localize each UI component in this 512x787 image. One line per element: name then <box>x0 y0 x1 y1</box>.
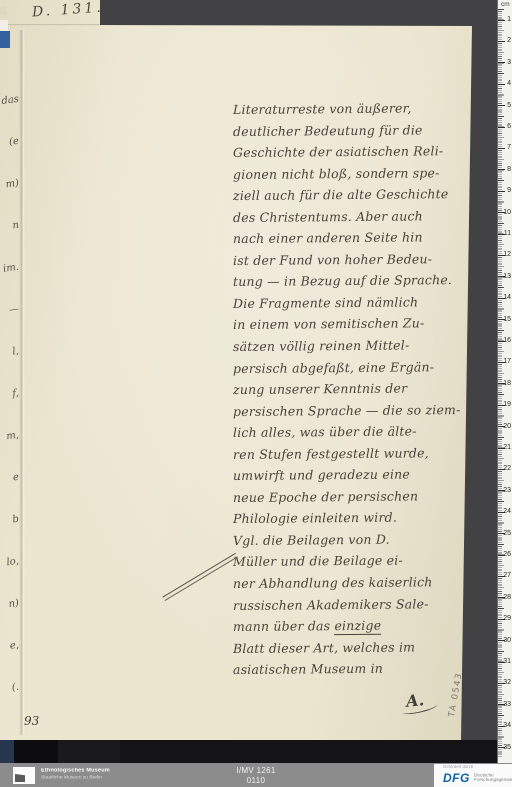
manuscript-line: ner Abhandlung des kaiserlich <box>233 571 471 595</box>
page-top-crease <box>0 24 100 26</box>
margin-slash-mark <box>162 553 237 601</box>
institution-block: Ethnologisches Museum Staatliche Museen … <box>41 768 116 781</box>
left-edge-fragment: — <box>0 304 20 318</box>
institution-name: Ethnologisches Museum <box>41 768 110 774</box>
manuscript-line: russischen Akademikers Sale- <box>233 593 471 617</box>
ruler-cm-number: 21 <box>501 444 511 452</box>
ruler-cm-number: 3 <box>501 59 511 67</box>
ruler-cm-number: 20 <box>501 423 511 431</box>
ruler-cm-number: 1 <box>501 16 511 24</box>
ruler-cm-number: 17 <box>501 358 511 366</box>
left-edge-fragment: (. <box>0 682 20 696</box>
scan-identifiers: I/MV 1261 0110 <box>236 766 275 785</box>
ruler-cm-number: 18 <box>501 380 511 388</box>
manuscript-line: Philologie einleiten wird. <box>233 506 471 530</box>
manuscript-line: Geschichte der asiatischen Reli- <box>233 140 471 164</box>
left-edge-fragment: (e <box>0 136 20 150</box>
dfg-logo: DFG <box>443 771 470 785</box>
manuscript-line: in einem von semitischen Zu- <box>233 312 471 336</box>
manuscript-line: Die Fragmente sind nämlich <box>233 291 471 315</box>
ruler-cm-number: 10 <box>501 209 511 217</box>
ruler-cm-number: 22 <box>501 465 511 473</box>
ruler-cm-number: 25 <box>501 530 511 538</box>
paper-chip <box>0 7 6 15</box>
ruler-cm-number: 6 <box>501 123 511 131</box>
left-edge-fragment: e, <box>0 640 20 654</box>
institution-subtitle: Staatliche Museen zu Berlin <box>41 775 102 780</box>
left-edge-fragment: e <box>0 472 20 486</box>
manuscript-line: umwirft und geradezu eine <box>233 463 471 487</box>
manuscript-line: tung — in Bezug auf die Sprache. <box>233 269 471 293</box>
manuscript-line: ren Stufen festgestellt wurde, <box>233 442 471 466</box>
manuscript-line: ziell auch für die alte Geschichte <box>233 183 471 207</box>
ruler-cm-number: 33 <box>501 701 511 709</box>
museum-logo <box>13 767 35 784</box>
funding-prefix: Gefördert durch <box>443 765 473 769</box>
ruler-cm-number: 23 <box>501 487 511 495</box>
manuscript-line: deutlicher Bedeutung für die <box>233 119 471 143</box>
manuscript-line: ist der Fund von hoher Bedeu- <box>233 248 471 272</box>
manuscript-line: sätzen völlig reinen Mittel- <box>233 334 471 358</box>
manuscript-line: Müller und die Beilage ei- <box>233 549 471 573</box>
archival-annotation: D. 131. <box>32 0 105 20</box>
ruler-cm-number: 12 <box>501 251 511 259</box>
shelfmark: I/MV 1261 <box>236 766 275 776</box>
ruler-cm-number: 28 <box>501 594 511 602</box>
signature-flourish: A. <box>405 690 425 711</box>
ruler-cm-number: 27 <box>501 572 511 580</box>
left-edge-fragment: f, <box>0 388 20 402</box>
manuscript-line: gionen nicht bloß, sondern spe- <box>233 162 471 186</box>
ruler-unit-label: cm <box>501 1 510 8</box>
footer-bar: Ethnologisches Museum Staatliche Museen … <box>0 763 512 787</box>
manuscript-line: mann über das einzige <box>233 614 471 638</box>
manuscript-line: persisch abgefaßt, eine Ergän- <box>233 356 471 380</box>
left-edge-fragment: das <box>0 94 20 108</box>
ruler-cm-number: 35 <box>501 744 511 752</box>
manuscript-line: Blatt dieser Art, welches im <box>233 636 471 660</box>
ruler-cm-number: 31 <box>501 658 511 666</box>
scan-viewport: D. 131. das(em)nim.—l,f,m,eblo,n)e,(. Li… <box>0 0 512 787</box>
ruler-cm-number: 8 <box>501 166 511 174</box>
blue-clip <box>0 31 10 48</box>
museum-logo-mark <box>15 774 25 782</box>
ruler-cm-number: 15 <box>501 316 511 324</box>
manuscript-line: nach einer anderen Seite hin <box>233 226 471 250</box>
ruler-cm-number: 19 <box>501 401 511 409</box>
ruler-cm-number: 13 <box>501 273 511 281</box>
left-edge-fragment: n <box>0 220 20 234</box>
ruler-cm-number: 14 <box>501 294 511 302</box>
ruler-cm-number: 32 <box>501 679 511 687</box>
left-edge-fragment: m, <box>0 430 20 444</box>
manuscript-text: Literaturreste von äußerer,deutlicher Be… <box>233 98 471 680</box>
ruler-cm-number: 2 <box>501 37 511 45</box>
image-number: 0110 <box>236 776 275 786</box>
ruler-cm-number: 16 <box>501 337 511 345</box>
page-gutter-crease <box>19 30 25 735</box>
ruler: cm 1234567891011121314151617181920212223… <box>497 0 512 765</box>
left-edge-fragment: b <box>0 514 20 528</box>
dfg-name: Deutsche Forschungsgemeinschaft <box>474 773 512 782</box>
left-edge-fragment: im. <box>0 262 20 276</box>
ruler-cm-number: 26 <box>501 551 511 559</box>
manuscript-line: des Christentums. Aber auch <box>233 205 471 229</box>
left-edge-fragment: n) <box>0 598 20 612</box>
ruler-cm-number: 5 <box>501 102 511 110</box>
ruler-cm-number: 30 <box>501 637 511 645</box>
left-edge-fragment: m) <box>0 178 20 192</box>
page-number: 93 <box>24 714 39 728</box>
manuscript-line: asiatischen Museum in <box>233 657 471 681</box>
manuscript-line: persischen Sprache — die so ziem- <box>233 399 471 423</box>
ruler-cm-number: 11 <box>501 230 511 238</box>
ruler-cm-number: 7 <box>501 144 511 152</box>
ruler-cm-number: 4 <box>501 80 511 88</box>
ruler-cm-number: 9 <box>501 187 511 195</box>
manuscript-line: lich alles, was über die älte- <box>233 420 471 444</box>
manuscript-page: D. 131. das(em)nim.—l,f,m,eblo,n)e,(. Li… <box>0 0 474 742</box>
photo-background-bottom <box>0 740 512 763</box>
manuscript-line: zung unserer Kenntnis der <box>233 377 471 401</box>
manuscript-line: Literaturreste von äußerer, <box>233 97 471 121</box>
ruler-cm-number: 24 <box>501 508 511 516</box>
ruler-cm-number: 34 <box>501 722 511 730</box>
manuscript-line: Vgl. die Beilagen von D. <box>233 528 471 552</box>
left-edge-fragment: lo, <box>0 556 20 570</box>
ruler-cm-number: 29 <box>501 615 511 623</box>
left-edge-fragment: l, <box>0 346 20 360</box>
manuscript-line: neue Epoche der persischen <box>233 485 471 509</box>
dfg-funding-box: Gefördert durch DFG Deutsche Forschungsg… <box>434 764 512 787</box>
